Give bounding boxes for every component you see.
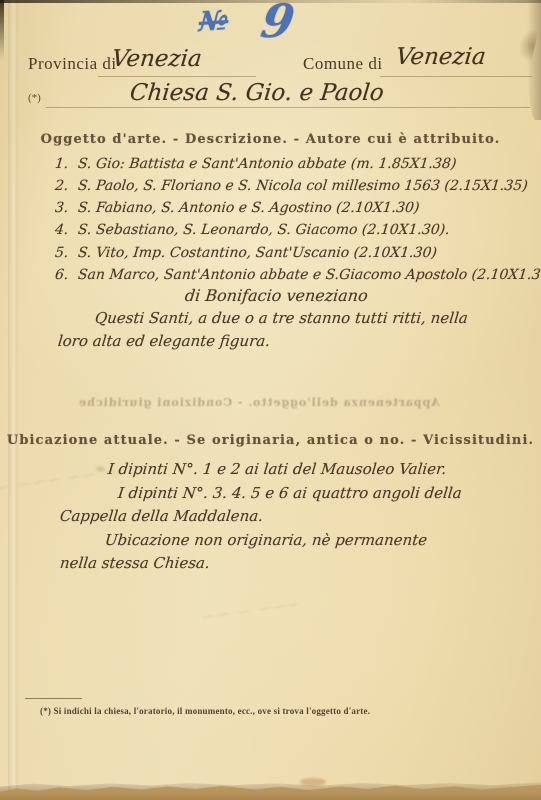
artwork-num: 6.: [54, 267, 79, 283]
footnote-rule: [25, 698, 82, 699]
provincia-value: Venezia: [111, 46, 203, 72]
comune-label: Comune di: [303, 54, 383, 74]
artwork-num: 2.: [54, 178, 79, 194]
archive-number-crossed: №: [198, 5, 229, 38]
footnote-mark: (*): [28, 92, 41, 104]
paper-stain: [300, 778, 326, 786]
location-line-3: Cappella della Maddalena.: [59, 507, 264, 525]
note-line-1: Questi Santi, a due o a tre stanno tutti…: [94, 309, 469, 327]
note-line-2: loro alta ed elegante figura.: [57, 332, 271, 350]
location-line-2: I dipinti N°. 3. 4. 5 e 6 ai quattro ang…: [117, 484, 463, 502]
section-location-heading: Ubicazione attuale. - Se originaria, ant…: [0, 433, 541, 448]
artwork-text: S. Gio: Battista e Sant'Antonio abbate (…: [77, 156, 457, 172]
bleedthrough-text: Appartenenza dell'oggetto. - Condizioni …: [78, 396, 440, 409]
artwork-num: 4.: [54, 222, 79, 238]
artwork-text: S. Fabiano, S. Antonio e S. Agostino (2.…: [77, 200, 420, 216]
provincia-label: Provincia di: [28, 54, 117, 74]
artwork-text: S. Vito, Imp. Costantino, Sant'Uscanio (…: [77, 245, 438, 261]
comune-fill-line: [380, 75, 532, 77]
footnote-text: (*) Si indichi la chiesa, l'oratorio, il…: [40, 706, 370, 716]
artwork-entry: 3.S. Fabiano, S. Antonio e S. Agostino (…: [54, 200, 420, 216]
church-value: Chiesa S. Gio. e Paolo: [129, 80, 385, 106]
artwork-entry: 1.S. Gio: Battista e Sant'Antonio abbate…: [54, 156, 457, 172]
comune-value: Venezia: [395, 44, 487, 70]
bleedthrough-scribble: ~~~ ~ ~~: [199, 593, 303, 628]
artwork-num: 5.: [54, 245, 79, 261]
artwork-text: S. Sebastiano, S. Leonardo, S. Giacomo (…: [77, 222, 450, 238]
attribution-line: di Bonifacio veneziano: [184, 286, 369, 305]
church-fill-line: [46, 106, 530, 108]
location-line-1: I dipinti N°. 1 e 2 ai lati del Mausoleo…: [107, 460, 447, 478]
provincia-fill-line: [98, 75, 256, 77]
artwork-entry: 5.S. Vito, Imp. Costantino, Sant'Uscanio…: [54, 245, 438, 261]
artwork-text: S. Paolo, S. Floriano e S. Nicola col mi…: [77, 178, 528, 194]
location-line-4: Ubicazione non originaria, nè permanente: [104, 531, 428, 549]
artwork-entry: 4.S. Sebastiano, S. Leonardo, S. Giacomo…: [54, 222, 450, 238]
artwork-entry: 2.S. Paolo, S. Floriano e S. Nicola col …: [54, 178, 528, 194]
artwork-text: San Marco, Sant'Antonio abbate e S.Giaco…: [77, 267, 541, 283]
section-artworks-heading: Oggetto d'arte. - Descrizione. - Autore …: [0, 132, 541, 147]
paper-crease: [8, 0, 18, 800]
artwork-num: 3.: [54, 200, 79, 216]
location-line-5: nella stessa Chiesa.: [59, 554, 211, 572]
archive-number: 9: [257, 0, 299, 48]
scan-edge-left: [0, 0, 4, 60]
artwork-num: 1.: [54, 156, 79, 172]
artwork-entry: 6.San Marco, Sant'Antonio abbate e S.Gia…: [54, 267, 541, 283]
scanned-document-page: № 9 Provincia di Venezia Comune di Venez…: [0, 0, 541, 800]
